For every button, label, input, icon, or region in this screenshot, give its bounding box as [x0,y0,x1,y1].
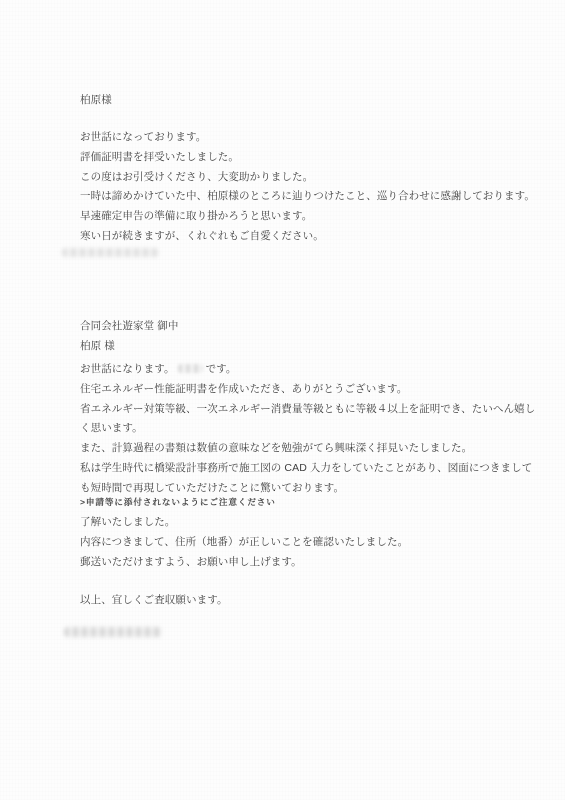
paragraph-1-line: お世話になっております。 [80,128,545,148]
greeting-suffix: です。 [206,363,237,375]
redacted-signature [64,627,162,637]
letter-page: 柏原様 お世話になっております。 評価証明書を拝受いたしました。 この度はお引受… [0,0,565,800]
redacted-sender-line [62,248,159,257]
paragraph-1-line: 一時は諦めかけていた中、柏原様のところに辿りつけたこと、巡り合わせに感謝しており… [80,187,545,207]
quoted-note-block: >申請等に添付されないようにご注意ください [80,495,545,510]
addressee-person: 柏原 様 [80,337,545,357]
redacted-sender-name [178,364,203,373]
address-block: 合同会社遊家堂 御中 柏原 様 [80,317,545,357]
paragraph-1: お世話になっております。 評価証明書を拝受いたしました。 この度はお引受けくださ… [80,128,545,247]
paragraph-2-line: く思います。 [80,419,545,439]
closing-line: 以上、宜しくご査収願います。 [80,591,545,611]
recipient-name: 柏原様 [80,91,545,111]
greeting-line: お世話になります。です。 [80,360,545,380]
paragraph-3-line: 郵送いただけますよう、お願い申し上げます。 [80,553,545,573]
paragraph-2: お世話になります。です。 住宅エネルギー性能証明書を作成いただき、ありがとうござ… [80,360,545,499]
paragraph-1-line: この度はお引受けくださり、大変助かりました。 [80,168,545,188]
addressee-company: 合同会社遊家堂 御中 [80,317,545,337]
paragraph-2-line: また、計算過程の書類は数値の意味などを勉強がてら興味深く拝見いたしました。 [80,439,545,459]
paragraph-2-line: 住宅エネルギー性能証明書を作成いただき、ありがとうございます。 [80,380,545,400]
closing-block: 以上、宜しくご査収願います。 [80,591,545,611]
paragraph-1-line: 寒い日が続きますが、くれぐれもご自愛ください。 [80,227,545,247]
salutation-block: 柏原様 [80,91,545,111]
paragraph-1-line: 評価証明書を拝受いたしました。 [80,148,545,168]
paragraph-1-line: 早速確定申告の準備に取り掛かろうと思います。 [80,207,545,227]
paragraph-2-line: 私は学生時代に橋梁設計事務所で施工図の CAD 入力をしていたことがあり、図面に… [80,459,545,479]
paragraph-3-line: 了解いたしました。 [80,513,545,533]
paragraph-3-line: 内容につきまして、住所（地番）が正しいことを確認いたしました。 [80,533,545,553]
quoted-note-line: >申請等に添付されないようにご注意ください [80,495,545,510]
greeting-prefix: お世話になります。 [80,363,175,375]
paragraph-2-line: 省エネルギー対策等級、一次エネルギー消費量等級ともに等級４以上を証明でき、たいへ… [80,400,545,420]
paragraph-3: 了解いたしました。 内容につきまして、住所（地番）が正しいことを確認いたしました… [80,513,545,572]
